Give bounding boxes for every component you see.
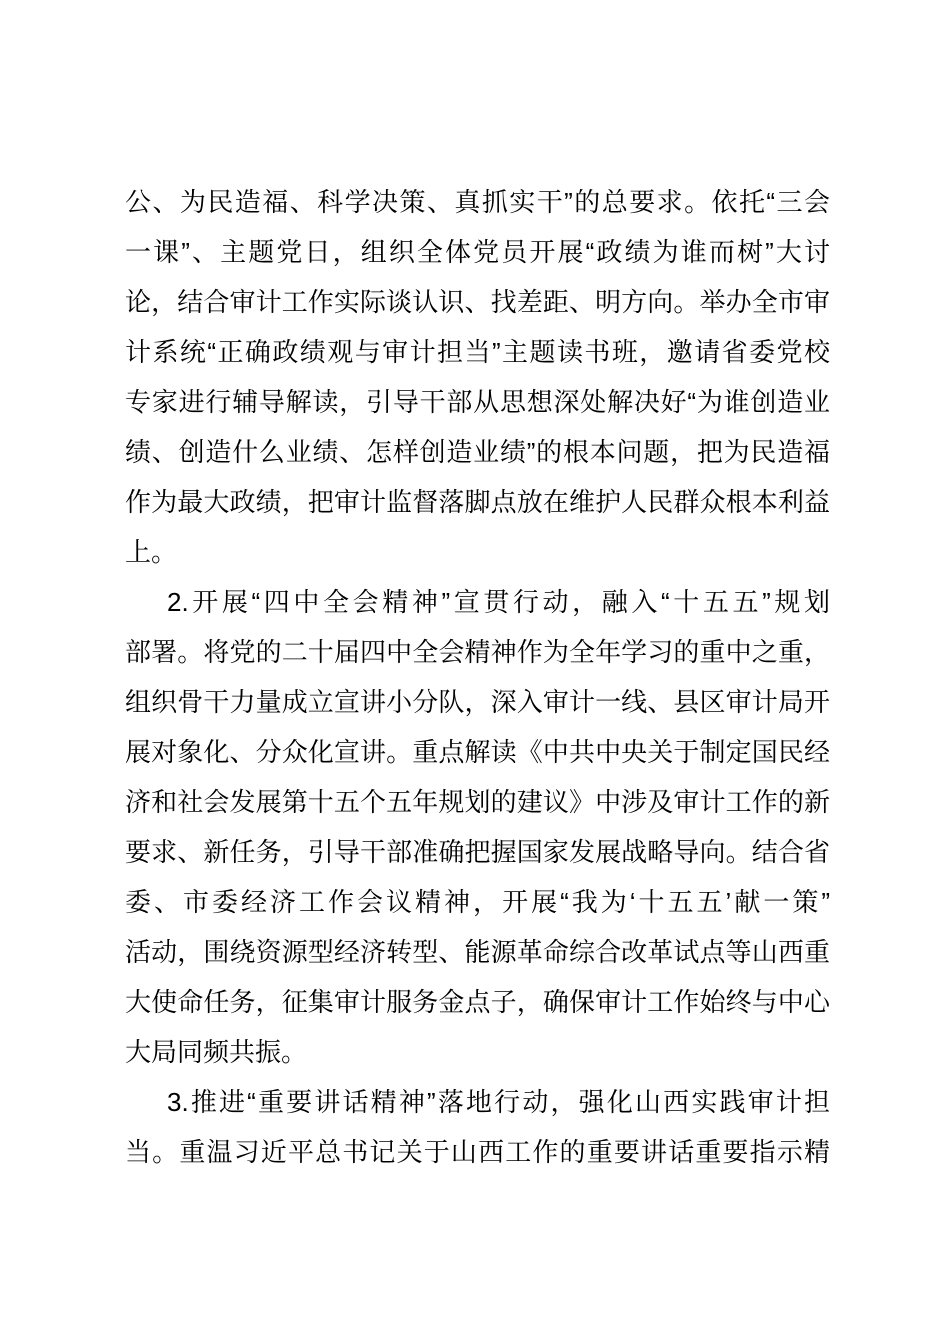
text-line: 济和社会发展第十五个五年规划的建议》中涉及审计工作的新 (125, 777, 830, 827)
text-line: 论，结合审计工作实际谈认识、找差距、明方向。举办全市审 (125, 277, 830, 327)
text-line: 上。 (125, 527, 830, 577)
document-page: 公、为民造福、科学决策、真抓实干”的总要求。依托“三会一课”、主题党日，组织全体… (0, 0, 950, 1344)
text-line: 大使命任务，征集审计服务金点子，确保审计工作始终与中心 (125, 977, 830, 1027)
text-line: 计系统“正确政绩观与审计担当”主题读书班，邀请省委党校 (125, 327, 830, 377)
text-line: 一课”、主题党日，组织全体党员开展“政绩为谁而树”大讨 (125, 227, 830, 277)
text-line: 委、市委经济工作会议精神，开展“我为‘十五五’献一策” (125, 877, 830, 927)
page-root: { "page": { "background": "#ffffff", "te… (0, 0, 950, 1344)
text-line: 部署。将党的二十届四中全会精神作为全年学习的重中之重， (125, 627, 830, 677)
text-column: 公、为民造福、科学决策、真抓实干”的总要求。依托“三会一课”、主题党日，组织全体… (125, 177, 830, 1177)
text-line: 大局同频共振。 (125, 1027, 830, 1077)
text-line: 绩、创造什么业绩、怎样创造业绩”的根本问题，把为民造福 (125, 427, 830, 477)
text-line: 公、为民造福、科学决策、真抓实干”的总要求。依托“三会 (125, 177, 830, 227)
text-line: 作为最大政绩，把审计监督落脚点放在维护人民群众根本利益 (125, 477, 830, 527)
text-line: 2.开展“四中全会精神”宣贯行动，融入“十五五”规划 (125, 577, 830, 627)
text-line: 展对象化、分众化宣讲。重点解读《中共中央关于制定国民经 (125, 727, 830, 777)
text-line: 要求、新任务，引导干部准确把握国家发展战略导向。结合省 (125, 827, 830, 877)
text-line: 专家进行辅导解读，引导干部从思想深处解决好“为谁创造业 (125, 377, 830, 427)
text-line: 活动，围绕资源型经济转型、能源革命综合改革试点等山西重 (125, 927, 830, 977)
text-line: 当。重温习近平总书记关于山西工作的重要讲话重要指示精 (125, 1127, 830, 1177)
text-line: 3.推进“重要讲话精神”落地行动，强化山西实践审计担 (125, 1077, 830, 1127)
text-line: 组织骨干力量成立宣讲小分队，深入审计一线、县区审计局开 (125, 677, 830, 727)
